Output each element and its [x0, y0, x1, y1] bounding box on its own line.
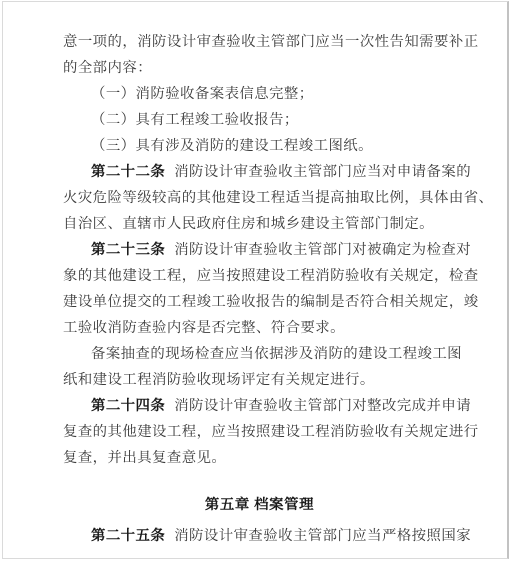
text-line-15: 第二十四条消防设计审查验收主管部门对整改完成并申请: [63, 393, 469, 419]
article-text: 消防设计审查验收主管部门对整改完成并申请: [174, 398, 471, 414]
text-line-19: 第二十五条消防设计审查验收主管部门应当严格按照国家: [63, 523, 469, 549]
text-line-7: 火灾危险等级较高的其他建设工程适当提高抽取比例，具体由省、: [63, 185, 469, 211]
text-line-4: （二）具有工程竣工验收报告；: [63, 107, 469, 133]
text-line-6: 第二十二条消防设计审查验收主管部门应当对申请备案的: [63, 159, 469, 185]
text-line-3: （一）消防验收备案表信息完整；: [63, 81, 469, 107]
text-line-5: （三）具有涉及消防的建设工程竣工图纸。: [63, 133, 469, 159]
article-text: 消防设计审查验收主管部门应当对申请备案的: [174, 164, 471, 180]
text-line-2: 的全部内容：: [63, 55, 469, 81]
article-number: 第二十五条: [91, 528, 165, 544]
article-text: 消防设计审查验收主管部门应当严格按照国家: [174, 528, 471, 544]
chapter-heading: 第五章 档案管理: [50, 492, 469, 518]
text-line-12: 工验收消防查验内容是否完整、符合要求。: [63, 315, 469, 341]
text-line-14: 纸和建设工程消防验收现场评定有关规定进行。: [63, 367, 469, 393]
article-number: 第二十二条: [91, 164, 165, 180]
article-text: 消防设计审查验收主管部门对被确定为检查对: [174, 242, 471, 258]
text-line-10: 象的其他建设工程，应当按照建设工程消防验收有关规定，检查: [63, 263, 469, 289]
text-line-11: 建设单位提交的工程竣工验收报告的编制是否符合相关规定，竣: [63, 289, 469, 315]
article-number: 第二十四条: [91, 398, 165, 414]
text-line-13: 备案抽查的现场检查应当依据涉及消防的建设工程竣工图: [63, 341, 469, 367]
text-line-9: 第二十三条消防设计审查验收主管部门对被确定为检查对: [63, 237, 469, 263]
article-number: 第二十三条: [91, 242, 165, 258]
document-text-body: 意一项的，消防设计审查验收主管部门应当一次性告知需要补正的全部内容：（一）消防验…: [3, 2, 507, 549]
text-line-16: 复查的其他建设工程，应当按照建设工程消防验收有关规定进行: [63, 419, 469, 445]
document-page: 意一项的，消防设计审查验收主管部门应当一次性告知需要补正的全部内容：（一）消防验…: [2, 1, 509, 559]
text-line-8: 自治区、直辖市人民政府住房和城乡建设主管部门制定。: [63, 211, 469, 237]
text-line-17: 复查，并出具复查意见。: [63, 445, 469, 471]
text-line-1: 意一项的，消防设计审查验收主管部门应当一次性告知需要补正: [63, 29, 469, 55]
